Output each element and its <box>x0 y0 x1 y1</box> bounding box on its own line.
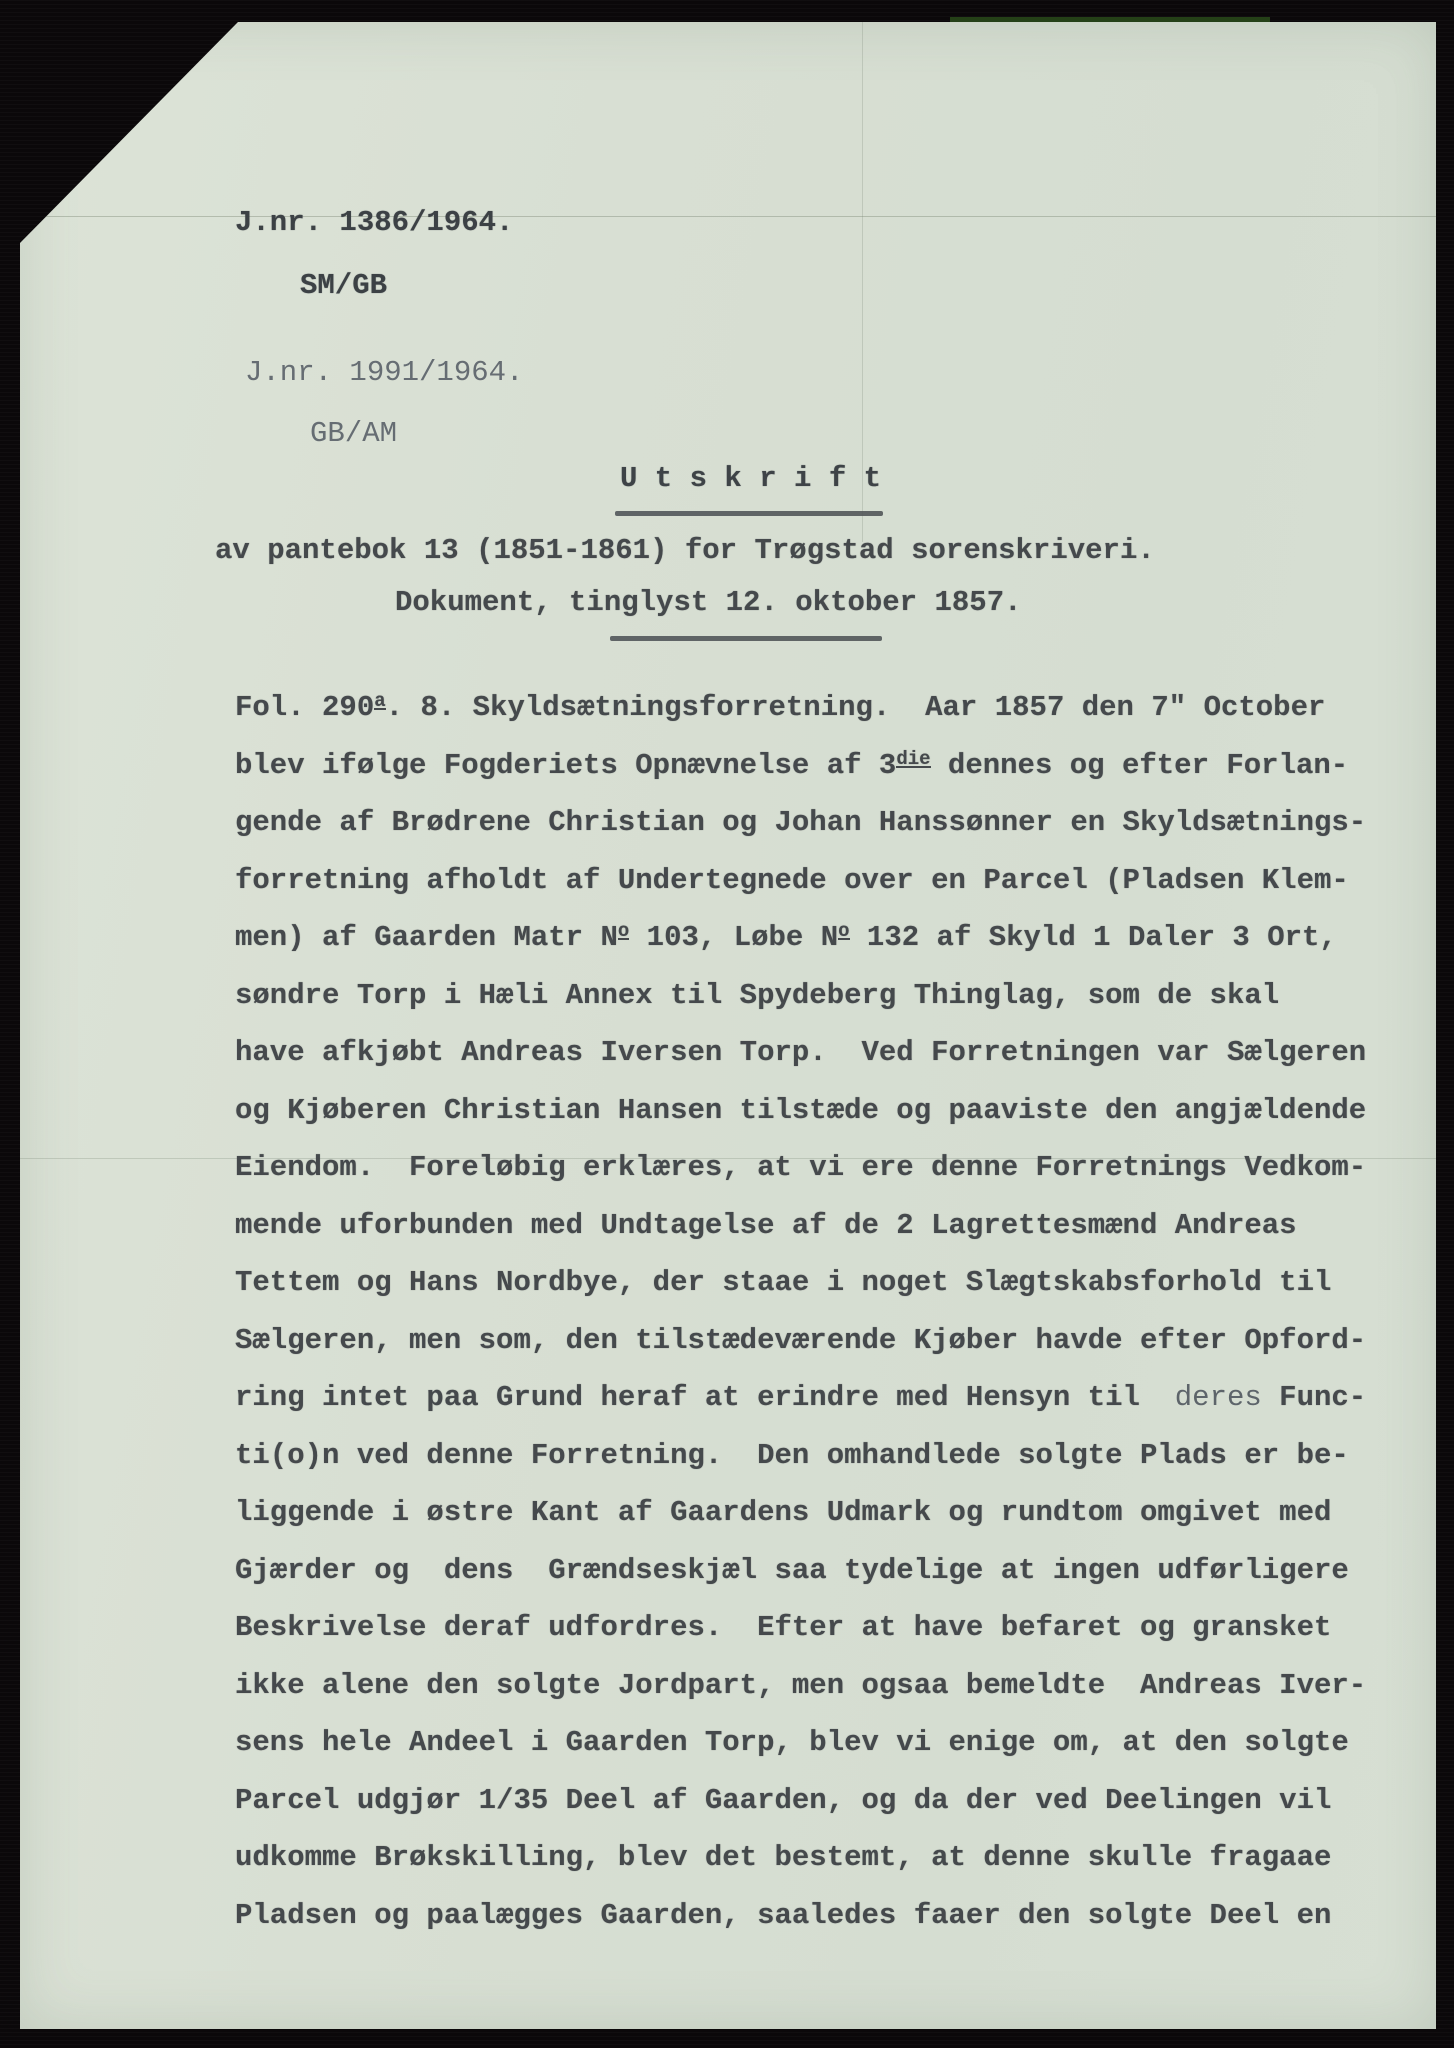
title-underline <box>615 511 883 516</box>
document-line: udkomme Brøkskilling, blev det bestemt, … <box>235 1840 1415 1898</box>
line-text: ti(o)n ved denne Forretning. Den omhandl… <box>235 1439 1349 1472</box>
document-line: sens hele Andeel i Gaarden Torp, blev vi… <box>235 1725 1415 1783</box>
line-text: søndre Torp i Hæli Annex til Spydeberg T… <box>235 979 1279 1012</box>
line-text: . 8. Skyldsætningsforretning. Aar 1857 d… <box>386 691 1326 724</box>
line-text: 132 af Skyld 1 Daler 3 Ort, <box>850 921 1337 954</box>
subtitle-date-line: Dokument, tinglyst 12. oktober 1857. <box>395 586 1022 620</box>
initials-1: SM/GB <box>300 269 387 303</box>
line-text: Tettem og Hans Nordbye, der staae i noge… <box>235 1266 1331 1299</box>
document-line: og Kjøberen Christian Hansen tilstæde og… <box>235 1093 1415 1151</box>
line-text: mende uforbunden med Undtagelse af de 2 … <box>235 1209 1297 1242</box>
document-line: ikke alene den solgte Jordpart, men ogsa… <box>235 1668 1415 1726</box>
document-line: Fol. 290a. 8. Skyldsætningsforretning. A… <box>235 690 1415 748</box>
document-line: Eiendom. Foreløbig erklæres, at vi ere d… <box>235 1150 1415 1208</box>
line-text: udkomme Brøkskilling, blev det bestemt, … <box>235 1841 1331 1874</box>
line-text: deres <box>1175 1381 1262 1414</box>
document-paper: J.nr. 1386/1964. SM/GB J.nr. 1991/1964. … <box>20 22 1436 2029</box>
line-text: ikke alene den solgte Jordpart, men ogsa… <box>235 1669 1366 1702</box>
line-text: have afkjøbt Andreas Iversen Torp. Ved F… <box>235 1036 1366 1069</box>
paper-crease <box>20 216 1436 217</box>
document-line: Pladsen og paalægges Gaarden, saaledes f… <box>235 1898 1415 1956</box>
document-line: Tettem og Hans Nordbye, der staae i noge… <box>235 1265 1415 1323</box>
line-text: Gjærder og dens Grændseskjæl saa tydelig… <box>235 1554 1349 1587</box>
line-text: Func- <box>1262 1381 1366 1414</box>
line-text: forretning afholdt af Undertegnede over … <box>235 864 1349 897</box>
document-line: Parcel udgjør 1/35 Deel af Gaarden, og d… <box>235 1783 1415 1841</box>
document-line: blev ifølge Fogderiets Opnævnelse af 3di… <box>235 748 1415 806</box>
document-line: forretning afholdt af Undertegnede over … <box>235 863 1415 921</box>
line-text: Fol. 290 <box>235 691 374 724</box>
scanner-edge-artifact <box>950 17 1270 22</box>
subtitle-underline <box>610 636 882 641</box>
document-line: ring intet paa Grund heraf at erindre me… <box>235 1380 1415 1438</box>
document-line: have afkjøbt Andreas Iversen Torp. Ved F… <box>235 1035 1415 1093</box>
document-line: liggende i østre Kant af Gaardens Udmark… <box>235 1495 1415 1553</box>
line-text: gende af Brødrene Christian og Johan Han… <box>235 806 1366 839</box>
superscript-text: o <box>838 924 849 940</box>
line-text: dennes og efter Forlan- <box>931 749 1349 782</box>
line-text: Pladsen og paalægges Gaarden, saaledes f… <box>235 1899 1331 1932</box>
document-line: Sælgeren, men som, den tilstædeværende K… <box>235 1323 1415 1381</box>
document-title: U t s k r i f t <box>620 462 881 496</box>
line-text: ring intet paa Grund heraf at erindre me… <box>235 1381 1175 1414</box>
line-text: Sælgeren, men som, den tilstædeværende K… <box>235 1324 1366 1357</box>
journal-number-2: J.nr. 1991/1964. <box>245 356 523 390</box>
superscript-text: die <box>896 752 930 768</box>
document-line: mende uforbunden med Undtagelse af de 2 … <box>235 1208 1415 1266</box>
line-text: 103, Løbe N <box>629 921 838 954</box>
document-line: gende af Brødrene Christian og Johan Han… <box>235 805 1415 863</box>
line-text: Parcel udgjør 1/35 Deel af Gaarden, og d… <box>235 1784 1331 1817</box>
initials-2: GB/AM <box>310 417 397 451</box>
document-line: søndre Torp i Hæli Annex til Spydeberg T… <box>235 978 1415 1036</box>
document-line: men) af Gaarden Matr No 103, Løbe No 132… <box>235 920 1415 978</box>
subtitle-source-line: av pantebok 13 (1851-1861) for Trøgstad … <box>215 534 1155 568</box>
line-text: men) af Gaarden Matr N <box>235 921 618 954</box>
superscript-text: a <box>374 694 385 710</box>
document-line: ti(o)n ved denne Forretning. Den omhandl… <box>235 1438 1415 1496</box>
line-text: Beskrivelse deraf udfordres. Efter at ha… <box>235 1611 1331 1644</box>
document-line: Beskrivelse deraf udfordres. Efter at ha… <box>235 1610 1415 1668</box>
line-text: sens hele Andeel i Gaarden Torp, blev vi… <box>235 1726 1349 1759</box>
journal-number-1: J.nr. 1386/1964. <box>235 206 513 240</box>
document-line: Gjærder og dens Grændseskjæl saa tydelig… <box>235 1553 1415 1611</box>
line-text: Eiendom. Foreløbig erklæres, at vi ere d… <box>235 1151 1366 1184</box>
line-text: og Kjøberen Christian Hansen tilstæde og… <box>235 1094 1366 1127</box>
superscript-text: o <box>618 924 629 940</box>
line-text: liggende i østre Kant af Gaardens Udmark… <box>235 1496 1331 1529</box>
document-body: Fol. 290a. 8. Skyldsætningsforretning. A… <box>235 690 1415 1955</box>
line-text: blev ifølge Fogderiets Opnævnelse af 3 <box>235 749 896 782</box>
scanned-page: J.nr. 1386/1964. SM/GB J.nr. 1991/1964. … <box>0 0 1454 2048</box>
